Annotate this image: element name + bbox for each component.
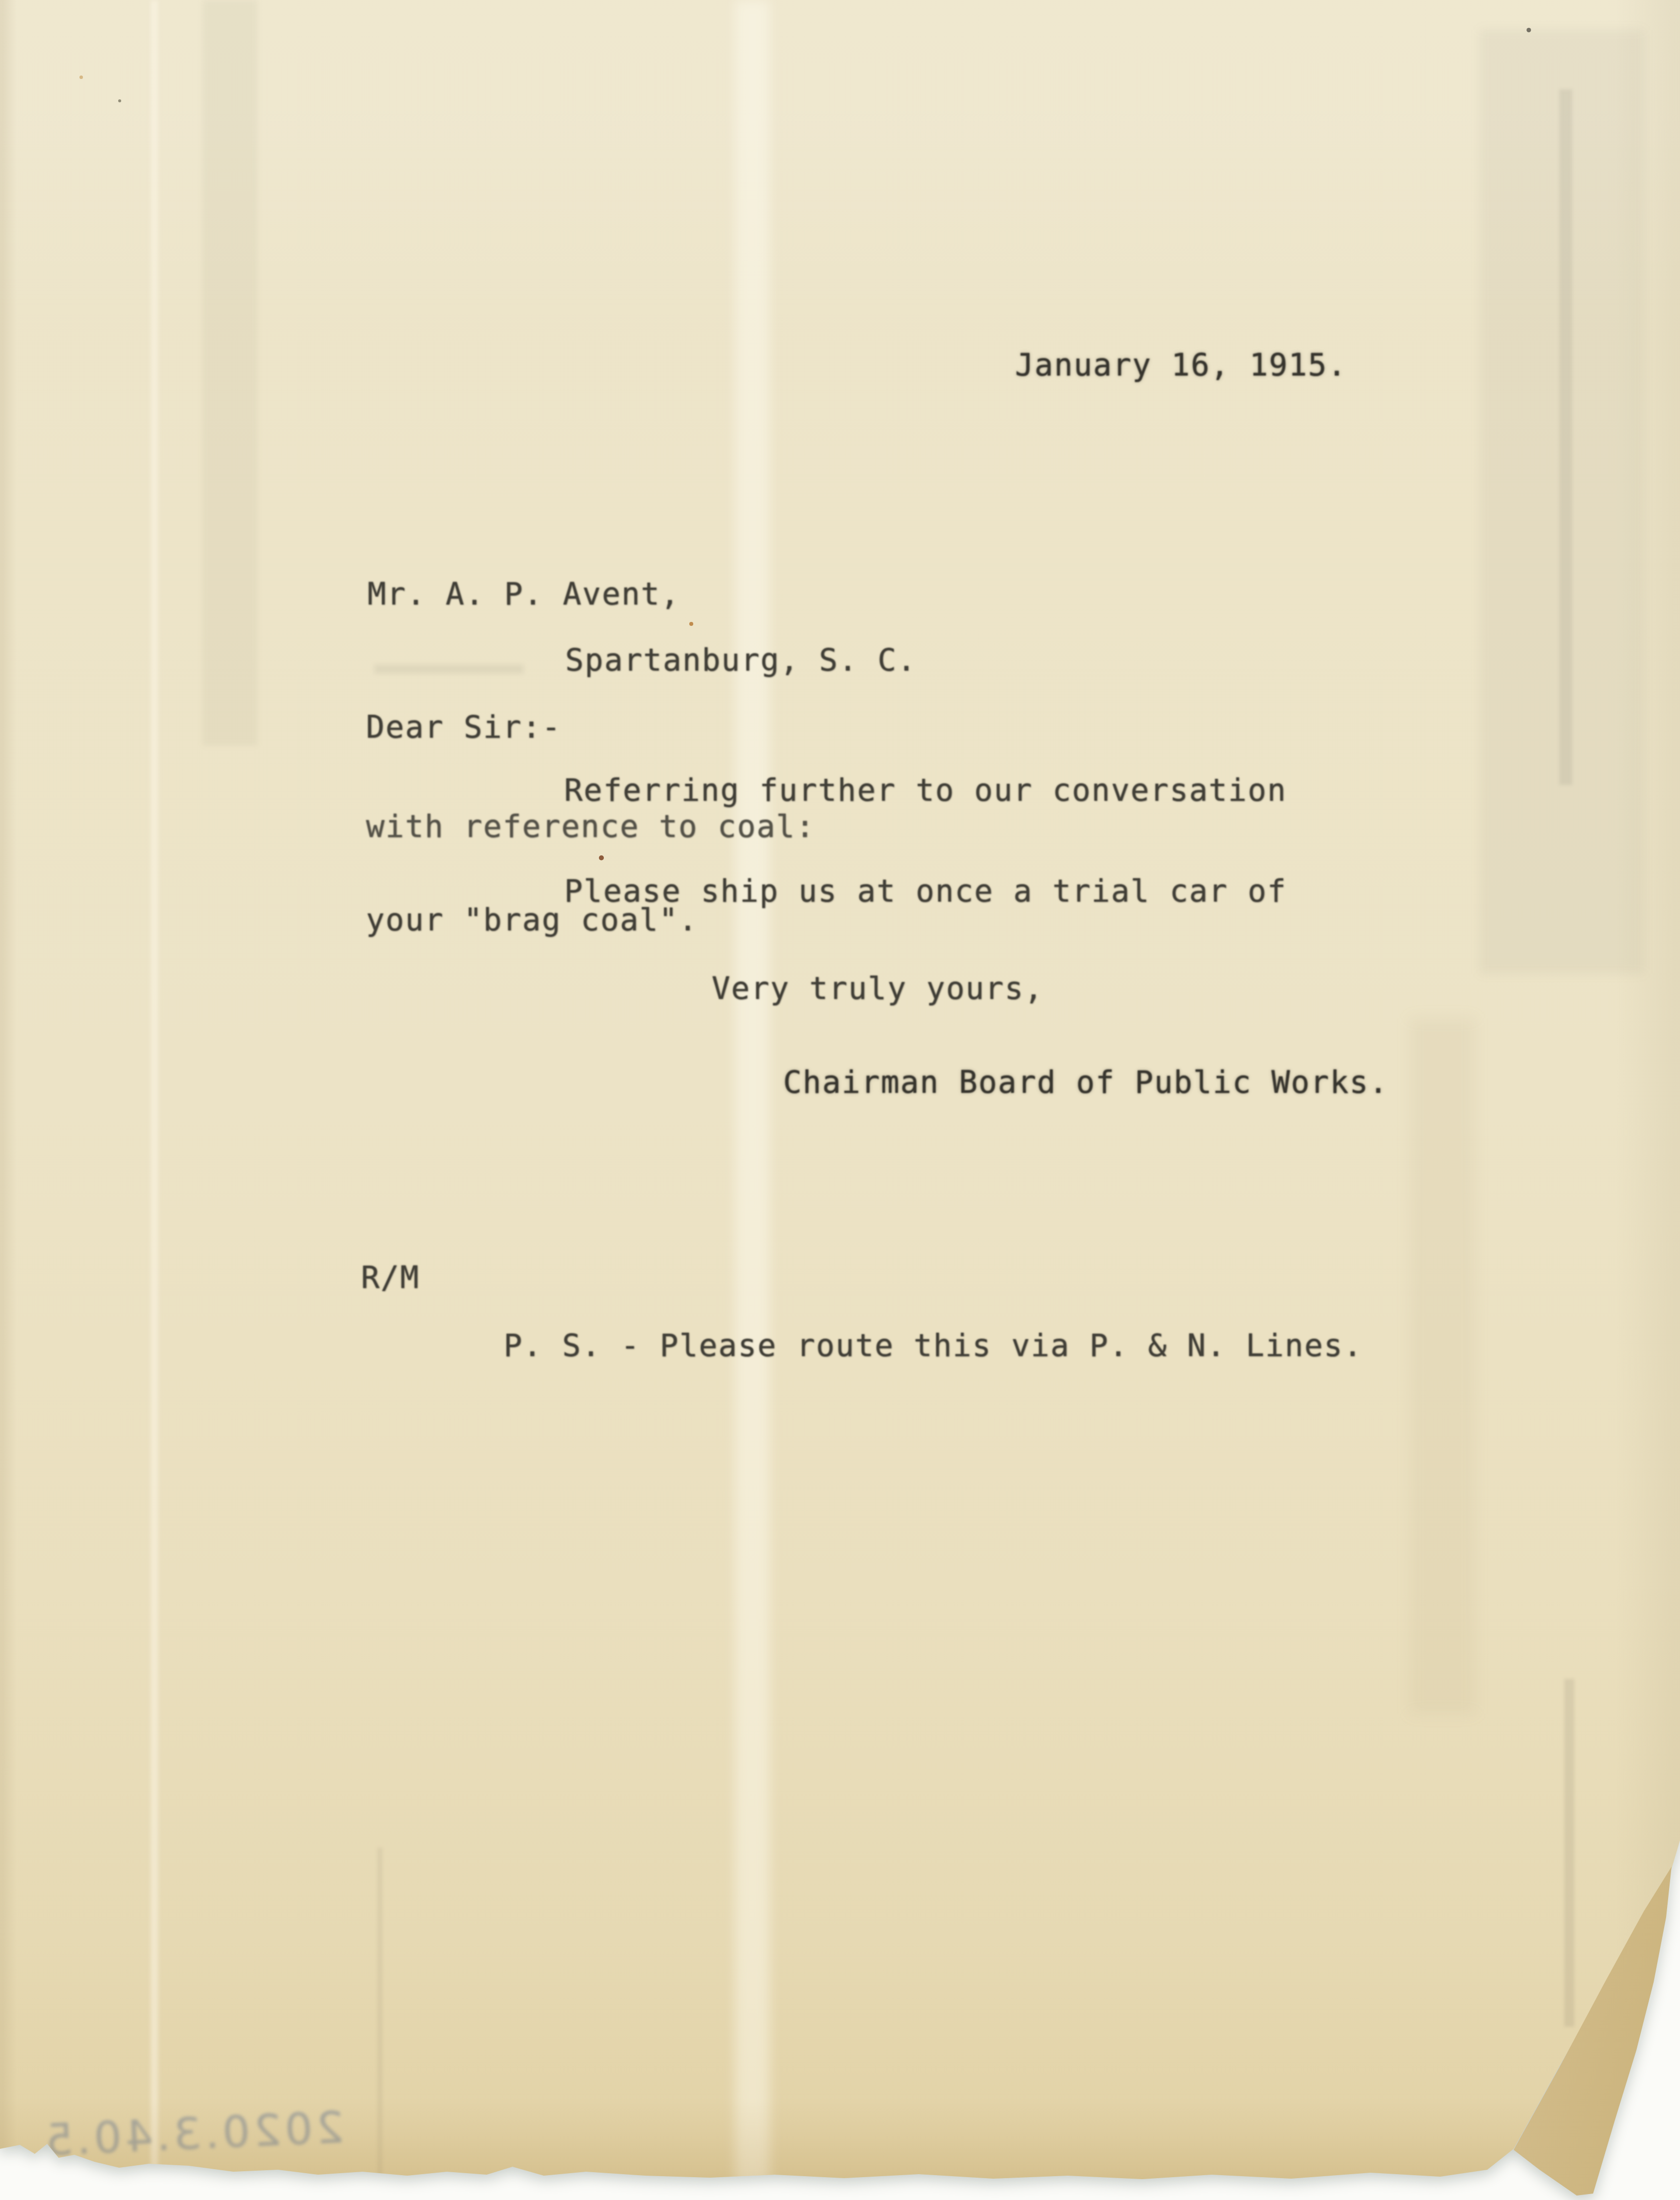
- typist-initials: R/M: [361, 1262, 420, 1293]
- center-light-streak: [735, 0, 770, 2200]
- postscript-line: P. S. - Please route this via P. & N. Li…: [504, 1330, 1363, 1361]
- left-speckle-band: [203, 0, 257, 745]
- bottom-thin-streak: [377, 1848, 382, 2176]
- ink-speck: [1527, 28, 1531, 32]
- ghost-text-smudge: [374, 665, 523, 674]
- foxing-fleck: [599, 855, 604, 860]
- letter-sheet-wrapper: January 16, 1915. Mr. A. P. Avent, Spart…: [0, 0, 1680, 2200]
- signature-title: Chairman Board of Public Works.: [783, 1067, 1388, 1098]
- right-speckle-line-upper: [1559, 89, 1572, 785]
- body-paragraph1-line1: Referring further to our conversation: [564, 775, 1287, 806]
- accession-number-bleedthrough: 2020.3.40.5: [41, 2106, 345, 2162]
- right-shade-band: [1480, 30, 1644, 974]
- closing-line: Very truly yours,: [712, 973, 1044, 1004]
- body-paragraph1-line2: with reference to coal:: [366, 811, 815, 842]
- recipient-name: Mr. A. P. Avent,: [367, 579, 680, 609]
- mid-right-tan-band: [1410, 1018, 1475, 1714]
- ink-speck: [118, 99, 121, 102]
- letter-page: January 16, 1915. Mr. A. P. Avent, Spart…: [0, 0, 1680, 2200]
- left-crease-streak: [151, 0, 158, 2200]
- recipient-location: Spartanburg, S. C.: [565, 645, 917, 676]
- date-line: January 16, 1915.: [1015, 350, 1347, 380]
- salutation: Dear Sir:-: [366, 712, 561, 743]
- body-paragraph2-line2: your "brag coal".: [366, 905, 698, 935]
- scanned-letter-document: January 16, 1915. Mr. A. P. Avent, Spart…: [0, 0, 1680, 2200]
- foxing-fleck: [689, 622, 693, 626]
- right-speckle-line-lower: [1564, 1679, 1574, 2027]
- foxing-fleck: [79, 76, 83, 79]
